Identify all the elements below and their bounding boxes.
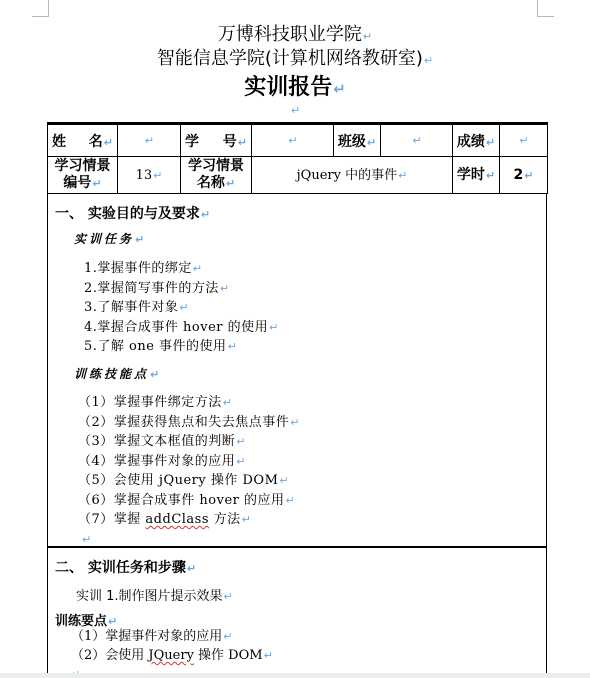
score-label: 成绩↵ <box>453 124 500 157</box>
list-item[interactable]: （5）会使用 jQuery 操作 DOM↵ <box>78 471 300 491</box>
paragraph-mark-icon: ↵ <box>92 177 101 190</box>
paragraph-mark-icon: ↵ <box>179 301 189 314</box>
paragraph-mark-icon: ↵ <box>290 416 300 429</box>
info-table: 姓名↵ ↵ 学号↵ ↵ 班级↵ ↵ 成绩↵ ↵ 学习情景编号↵ 13↵ 学习情景… <box>47 122 548 194</box>
spellcheck-underline-word[interactable]: JQuery <box>148 648 194 663</box>
paragraph-mark-icon: ↵ <box>236 435 246 448</box>
list-item[interactable]: （3）掌握文本框值的判断↵ <box>78 432 300 452</box>
paragraph-mark-icon: ↵ <box>187 562 196 575</box>
list-item[interactable]: （7）掌握 addClass 方法↵ <box>78 510 300 530</box>
table-row: 姓名↵ ↵ 学号↵ ↵ 班级↵ ↵ 成绩↵ ↵ <box>48 124 548 157</box>
scenario-number-label: 学习情景编号↵ <box>48 157 118 194</box>
list-item[interactable]: （2）掌握获得焦点和失去焦点事件↵ <box>78 413 300 433</box>
list-item[interactable]: 2.掌握简写事件的方法↵ <box>84 279 279 299</box>
name-cell[interactable]: ↵ <box>118 124 181 157</box>
student-id-cell[interactable]: ↵ <box>252 124 334 157</box>
table-row: 学习情景编号↵ 13↵ 学习情景名称↵ jQuery 中的事件↵ 学时↵ 2↵ <box>48 157 548 194</box>
list-item[interactable]: （2）会使用 JQuery 操作 DOM↵ <box>71 646 273 665</box>
paragraph-mark-icon: ↵ <box>220 282 230 295</box>
paragraph-mark-icon: ↵ <box>223 630 232 643</box>
paragraph-mark-icon: ↵ <box>223 396 233 409</box>
paragraph-mark-icon: ↵ <box>153 169 162 182</box>
scenario-name-label: 学习情景名称↵ <box>181 157 252 194</box>
paragraph-mark-icon: ↵ <box>486 136 495 149</box>
score-cell[interactable]: ↵ <box>500 124 548 157</box>
name-label: 姓名↵ <box>48 124 118 157</box>
list-item[interactable]: 5.了解 one 事件的使用↵ <box>84 337 279 357</box>
report-body: 一、 实验目的与及要求↵ 实训任务↵ 1.掌握事件的绑定↵ 2.掌握简写事件的方… <box>47 193 547 673</box>
paragraph-mark-icon: ↵ <box>291 104 300 117</box>
table-row-divider <box>48 546 546 548</box>
skills-title[interactable]: 训练技能点↵ <box>74 365 162 382</box>
school-name[interactable]: 万博科技职业学院↵ <box>0 20 590 46</box>
paragraph-mark-icon: ↵ <box>201 208 210 221</box>
department-name[interactable]: 智能信息学院(计算机网络教研室)↵ <box>0 44 590 70</box>
paragraph-mark-icon: ↵ <box>242 513 252 526</box>
paragraph-mark-icon: ↵ <box>424 54 433 67</box>
class-label: 班级↵ <box>334 124 381 157</box>
scenario-number-cell[interactable]: 13↵ <box>118 157 181 194</box>
paragraph-mark-icon: ↵ <box>82 533 92 546</box>
tasks-title[interactable]: 实训任务↵ <box>74 230 147 247</box>
scenario-name-cell[interactable]: jQuery 中的事件↵ <box>252 157 453 194</box>
paragraph-mark-icon: ↵ <box>367 136 376 149</box>
list-item[interactable]: 4.掌握合成事件 hover 的使用↵ <box>84 318 279 338</box>
class-cell[interactable]: ↵ <box>381 124 453 157</box>
paragraph-mark-icon: ↵ <box>286 494 296 507</box>
list-item[interactable]: （1）掌握事件对象的应用↵ <box>71 627 273 646</box>
section-2-heading[interactable]: 二、 实训任务和步骤↵ <box>55 557 196 577</box>
paragraph-mark-icon: ↵ <box>486 169 495 182</box>
paragraph-mark-icon: ↵ <box>228 340 238 353</box>
paragraph-mark-icon: ↵ <box>279 474 289 487</box>
paragraph-mark-icon: ↵ <box>519 134 528 147</box>
hours-label: 学时↵ <box>453 157 500 194</box>
tasks-list: 1.掌握事件的绑定↵ 2.掌握简写事件的方法↵ 3.了解事件对象↵ 4.掌握合成… <box>84 259 279 357</box>
paragraph-mark-icon: ↵ <box>145 134 154 147</box>
paragraph-mark-icon: ↵ <box>236 455 246 468</box>
section-1-heading[interactable]: 一、 实验目的与及要求↵ <box>55 203 210 223</box>
empty-paragraph[interactable]: ↵ <box>0 104 590 117</box>
spellcheck-underline-word[interactable]: addClass <box>145 512 209 527</box>
paragraph-mark-icon: ↵ <box>135 233 147 246</box>
paragraph-mark-icon: ↵ <box>104 136 113 149</box>
subtask-title[interactable]: 实训 1.制作图片提示效果↵ <box>76 585 233 604</box>
paragraph-mark-icon: ↵ <box>269 321 279 334</box>
paragraph-mark-icon: ↵ <box>363 30 372 43</box>
skills-list: （1）掌握事件绑定方法↵ （2）掌握获得焦点和失去焦点事件↵ （3）掌握文本框值… <box>78 393 300 549</box>
paragraph-mark-icon: ↵ <box>264 649 273 662</box>
paragraph-mark-icon: ↵ <box>412 134 421 147</box>
paragraph-mark-icon: ↵ <box>238 136 247 149</box>
paragraph-mark-icon: ↵ <box>226 177 235 190</box>
list-item[interactable]: （4）掌握事件对象的应用↵ <box>78 452 300 472</box>
hours-cell[interactable]: 2↵ <box>500 157 548 194</box>
paragraph-mark-icon: ↵ <box>288 134 297 147</box>
points-list: （1）掌握事件对象的应用↵ （2）会使用 JQuery 操作 DOM↵ ↵ <box>71 627 273 678</box>
list-item[interactable]: 3.了解事件对象↵ <box>84 298 279 318</box>
report-title[interactable]: 实训报告↵ <box>0 70 590 101</box>
page-gap <box>0 673 590 678</box>
margin-corner-mark <box>537 0 554 17</box>
paragraph-mark-icon: ↵ <box>333 80 346 98</box>
margin-corner-mark <box>32 0 49 17</box>
paragraph-mark-icon: ↵ <box>150 368 162 381</box>
paragraph-mark-icon: ↵ <box>398 169 407 182</box>
paragraph-mark-icon: ↵ <box>524 169 533 182</box>
list-item[interactable]: 1.掌握事件的绑定↵ <box>84 259 279 279</box>
paragraph-mark-icon: ↵ <box>224 590 233 603</box>
paragraph-mark-icon: ↵ <box>193 262 203 275</box>
document-page: 万博科技职业学院↵ 智能信息学院(计算机网络教研室)↵ 实训报告↵ ↵ 姓名↵ … <box>0 0 590 673</box>
list-item[interactable]: （1）掌握事件绑定方法↵ <box>78 393 300 413</box>
student-id-label: 学号↵ <box>181 124 252 157</box>
list-item[interactable]: （6）掌握合成事件 hover 的应用↵ <box>78 491 300 511</box>
